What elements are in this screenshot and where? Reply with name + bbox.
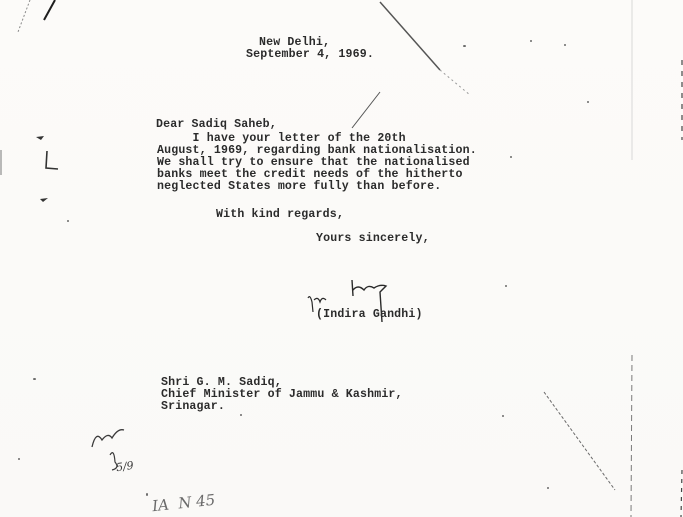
scanned-letter-page: New Delhi, September 4, 1969. Dear Sadiq…	[0, 0, 683, 517]
margin-note-date: 5/9	[115, 459, 134, 474]
recipient-city: Srinagar.	[161, 400, 225, 413]
signatory-name: (Indira Gandhi)	[316, 308, 423, 321]
scan-speck	[530, 40, 532, 42]
scan-speck	[505, 285, 507, 287]
valediction: Yours sincerely,	[316, 232, 430, 245]
salutation: Dear Sadiq Saheb,	[156, 118, 277, 131]
scan-speck	[240, 414, 242, 416]
scan-speck	[547, 487, 549, 489]
scan-speck	[33, 378, 36, 380]
scan-speck	[146, 493, 148, 496]
body-line: neglected States more fully than before.	[157, 180, 441, 193]
letter-date: September 4, 1969.	[246, 48, 374, 61]
bottom-file-note: IA N 45	[151, 491, 216, 516]
scan-speck	[564, 44, 566, 46]
scan-speck	[502, 415, 504, 417]
scan-speck	[463, 45, 466, 47]
signature-mark	[0, 0, 683, 517]
closing-line: With kind regards,	[216, 208, 344, 221]
scan-speck	[67, 220, 69, 222]
scan-speck	[587, 101, 589, 103]
scan-speck	[510, 156, 512, 158]
scan-speck	[18, 458, 20, 460]
letter-body: I have your letter of the 20th August, 1…	[157, 132, 185, 223]
paper-crease-marks	[0, 0, 683, 517]
